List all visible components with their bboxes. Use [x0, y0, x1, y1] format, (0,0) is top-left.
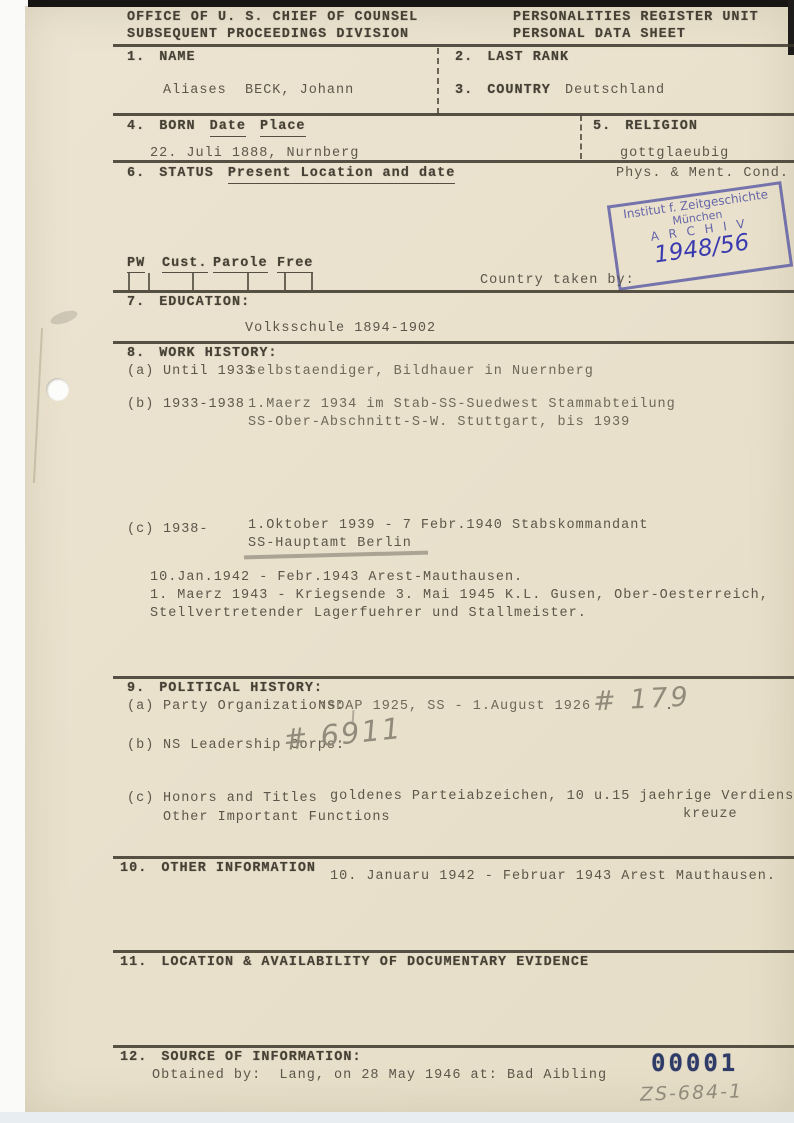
- field-political-title: POLITICAL HISTORY:: [159, 681, 323, 697]
- status-tick: [247, 273, 249, 290]
- field-country-num: 3.: [455, 83, 473, 99]
- field-last-rank-label: 2.LAST RANK: [455, 50, 569, 66]
- status-col-cust: Cust.: [162, 256, 208, 272]
- work-a-tag: (a): [127, 364, 154, 380]
- field-status-label: 6.STATUS Present Location and date: [127, 166, 455, 184]
- rule-political: [113, 856, 794, 859]
- field-source-num: 12.: [120, 1050, 147, 1066]
- archival-signature: ZS-684-1: [640, 1080, 744, 1106]
- political-b-tag: (b): [127, 738, 154, 754]
- pencil-annotation-179: # 179: [592, 681, 691, 717]
- unit-line2: PERSONAL DATA SHEET: [513, 27, 686, 43]
- rule-status: [113, 290, 794, 293]
- field-source-title: SOURCE OF INFORMATION:: [161, 1050, 361, 1066]
- status-col-pw: PW: [127, 256, 145, 272]
- divider-name-rank: [437, 48, 439, 114]
- rule-work: [113, 676, 794, 679]
- political-c-tag: (c): [127, 791, 154, 807]
- field-name-title: NAME: [159, 50, 195, 66]
- work-b-tag: (b): [127, 397, 154, 413]
- alias-label: Aliases: [163, 83, 227, 99]
- other-info-value: 10. Januaru 1942 - Februar 1943 Arest Ma…: [330, 869, 776, 885]
- education-value: Volksschule 1894-1902: [245, 321, 436, 337]
- status-col-free: Free: [277, 256, 313, 272]
- field-evidence-num: 11.: [120, 955, 147, 971]
- status-tick: [192, 273, 194, 290]
- work-extra3: Stellvertretender Lagerfuehrer und Stall…: [150, 606, 587, 622]
- scan-bottom-margin: [0, 1112, 794, 1123]
- field-work-history-label: 8.WORK HISTORY:: [127, 346, 278, 362]
- field-religion-num: 5.: [593, 119, 611, 135]
- page-number-stamp: 00001: [651, 1050, 738, 1078]
- field-other-num: 10.: [120, 861, 147, 877]
- field-source-label: 12.SOURCE OF INFORMATION:: [120, 1050, 362, 1066]
- political-c-value1: goldenes Parteiabzeichen, 10 u.15 jaehri…: [330, 789, 794, 805]
- field-status-num: 6.: [127, 166, 145, 184]
- rule-evidence: [113, 1045, 794, 1048]
- work-b-period: 1933-1938: [163, 397, 245, 413]
- office-line2: SUBSEQUENT PROCEEDINGS DIVISION: [127, 27, 409, 43]
- political-c-label1: Honors and Titles: [163, 791, 318, 807]
- status-col-parole: Parole: [213, 256, 268, 272]
- status-sublabel: Present Location and date: [228, 166, 456, 184]
- field-born-num: 4.: [127, 119, 145, 137]
- work-c-line1: 1.Oktober 1939 - 7 Febr.1940 Stabskomman…: [248, 518, 648, 534]
- punch-hole: [46, 378, 69, 401]
- unit-line1: PERSONALITIES REGISTER UNIT: [513, 10, 759, 26]
- scanned-document: OFFICE OF U. S. CHIEF OF COUNSEL SUBSEQU…: [0, 0, 794, 1123]
- field-last-rank-num: 2.: [455, 50, 473, 66]
- field-other-title: OTHER INFORMATION: [161, 861, 316, 877]
- born-date-label: Date: [210, 119, 246, 137]
- work-c-period: 1938-: [163, 522, 209, 538]
- political-c-value2: kreuze: [683, 807, 738, 823]
- work-extra2: 1. Maerz 1943 - Kriegsende 3. Mai 1945 K…: [150, 588, 769, 604]
- header-rule: [113, 44, 794, 47]
- work-c-tag: (c): [127, 522, 154, 538]
- field-born-title: BORN: [159, 119, 195, 137]
- rule-other-info: [113, 950, 794, 953]
- political-a-trailing-dot: .: [665, 699, 674, 715]
- scan-left-margin: [0, 0, 25, 1123]
- work-a-period: Until 1933: [163, 364, 254, 380]
- status-tick: [284, 273, 286, 290]
- status-tick: [148, 273, 150, 290]
- field-work-num: 8.: [127, 346, 145, 362]
- field-last-rank-title: LAST RANK: [487, 50, 569, 66]
- field-name-label: 1.NAME: [127, 50, 196, 66]
- work-b-line1: 1.Maerz 1934 im Stab-SS-Suedwest Stammab…: [248, 397, 676, 413]
- field-work-title: WORK HISTORY:: [159, 346, 277, 362]
- field-religion-title: RELIGION: [625, 119, 698, 135]
- status-tick: [128, 273, 130, 290]
- work-a-text: selbstaendiger, Bildhauer in Nuernberg: [248, 364, 594, 380]
- country-value: Deutschland: [565, 83, 665, 99]
- field-education-num: 7.: [127, 295, 145, 311]
- rule-row2: [113, 160, 794, 163]
- status-right-label: Phys. & Ment. Cond.: [616, 166, 789, 182]
- rule-row1: [113, 113, 794, 116]
- field-religion-label: 5.RELIGION: [593, 119, 698, 135]
- status-tick: [311, 273, 313, 290]
- work-c-line2: SS-Hauptamt Berlin: [248, 536, 412, 552]
- source-value: Obtained by: Lang, on 28 May 1946 at: Ba…: [152, 1068, 607, 1084]
- office-line1: OFFICE OF U. S. CHIEF OF COUNSEL: [127, 10, 418, 26]
- field-born-label: 4.BORN Date Place: [127, 119, 306, 137]
- political-a-tag: (a): [127, 699, 154, 715]
- political-c-label2: Other Important Functions: [163, 810, 391, 826]
- field-country-label: 3.COUNTRY: [455, 83, 551, 99]
- field-country-title: COUNTRY: [487, 83, 551, 99]
- born-place-label: Place: [260, 119, 306, 137]
- divider-born-religion: [580, 115, 582, 159]
- field-political-label: 9.POLITICAL HISTORY:: [127, 681, 323, 697]
- field-evidence-title: LOCATION & AVAILABILITY OF DOCUMENTARY E…: [161, 955, 589, 971]
- field-education-title: EDUCATION:: [159, 295, 250, 311]
- country-taken-label: Country taken by:: [480, 273, 635, 289]
- rule-education: [113, 341, 794, 344]
- scan-top-edge: [28, 0, 794, 7]
- name-value: BECK, Johann: [245, 83, 354, 99]
- field-political-num: 9.: [127, 681, 145, 697]
- field-name-num: 1.: [127, 50, 145, 66]
- field-evidence-label: 11.LOCATION & AVAILABILITY OF DOCUMENTAR…: [120, 955, 589, 971]
- work-b-line2: SS-Ober-Abschnitt-S-W. Stuttgart, bis 19…: [248, 415, 630, 431]
- political-a-value: NSDAP 1925, SS - 1.August 1926: [318, 699, 591, 715]
- field-other-info-label: 10.OTHER INFORMATION: [120, 861, 316, 877]
- field-education-label: 7.EDUCATION:: [127, 295, 250, 311]
- field-status-title: STATUS: [159, 166, 214, 184]
- work-extra1: 10.Jan.1942 - Febr.1943 Arest-Mauthausen…: [150, 570, 523, 586]
